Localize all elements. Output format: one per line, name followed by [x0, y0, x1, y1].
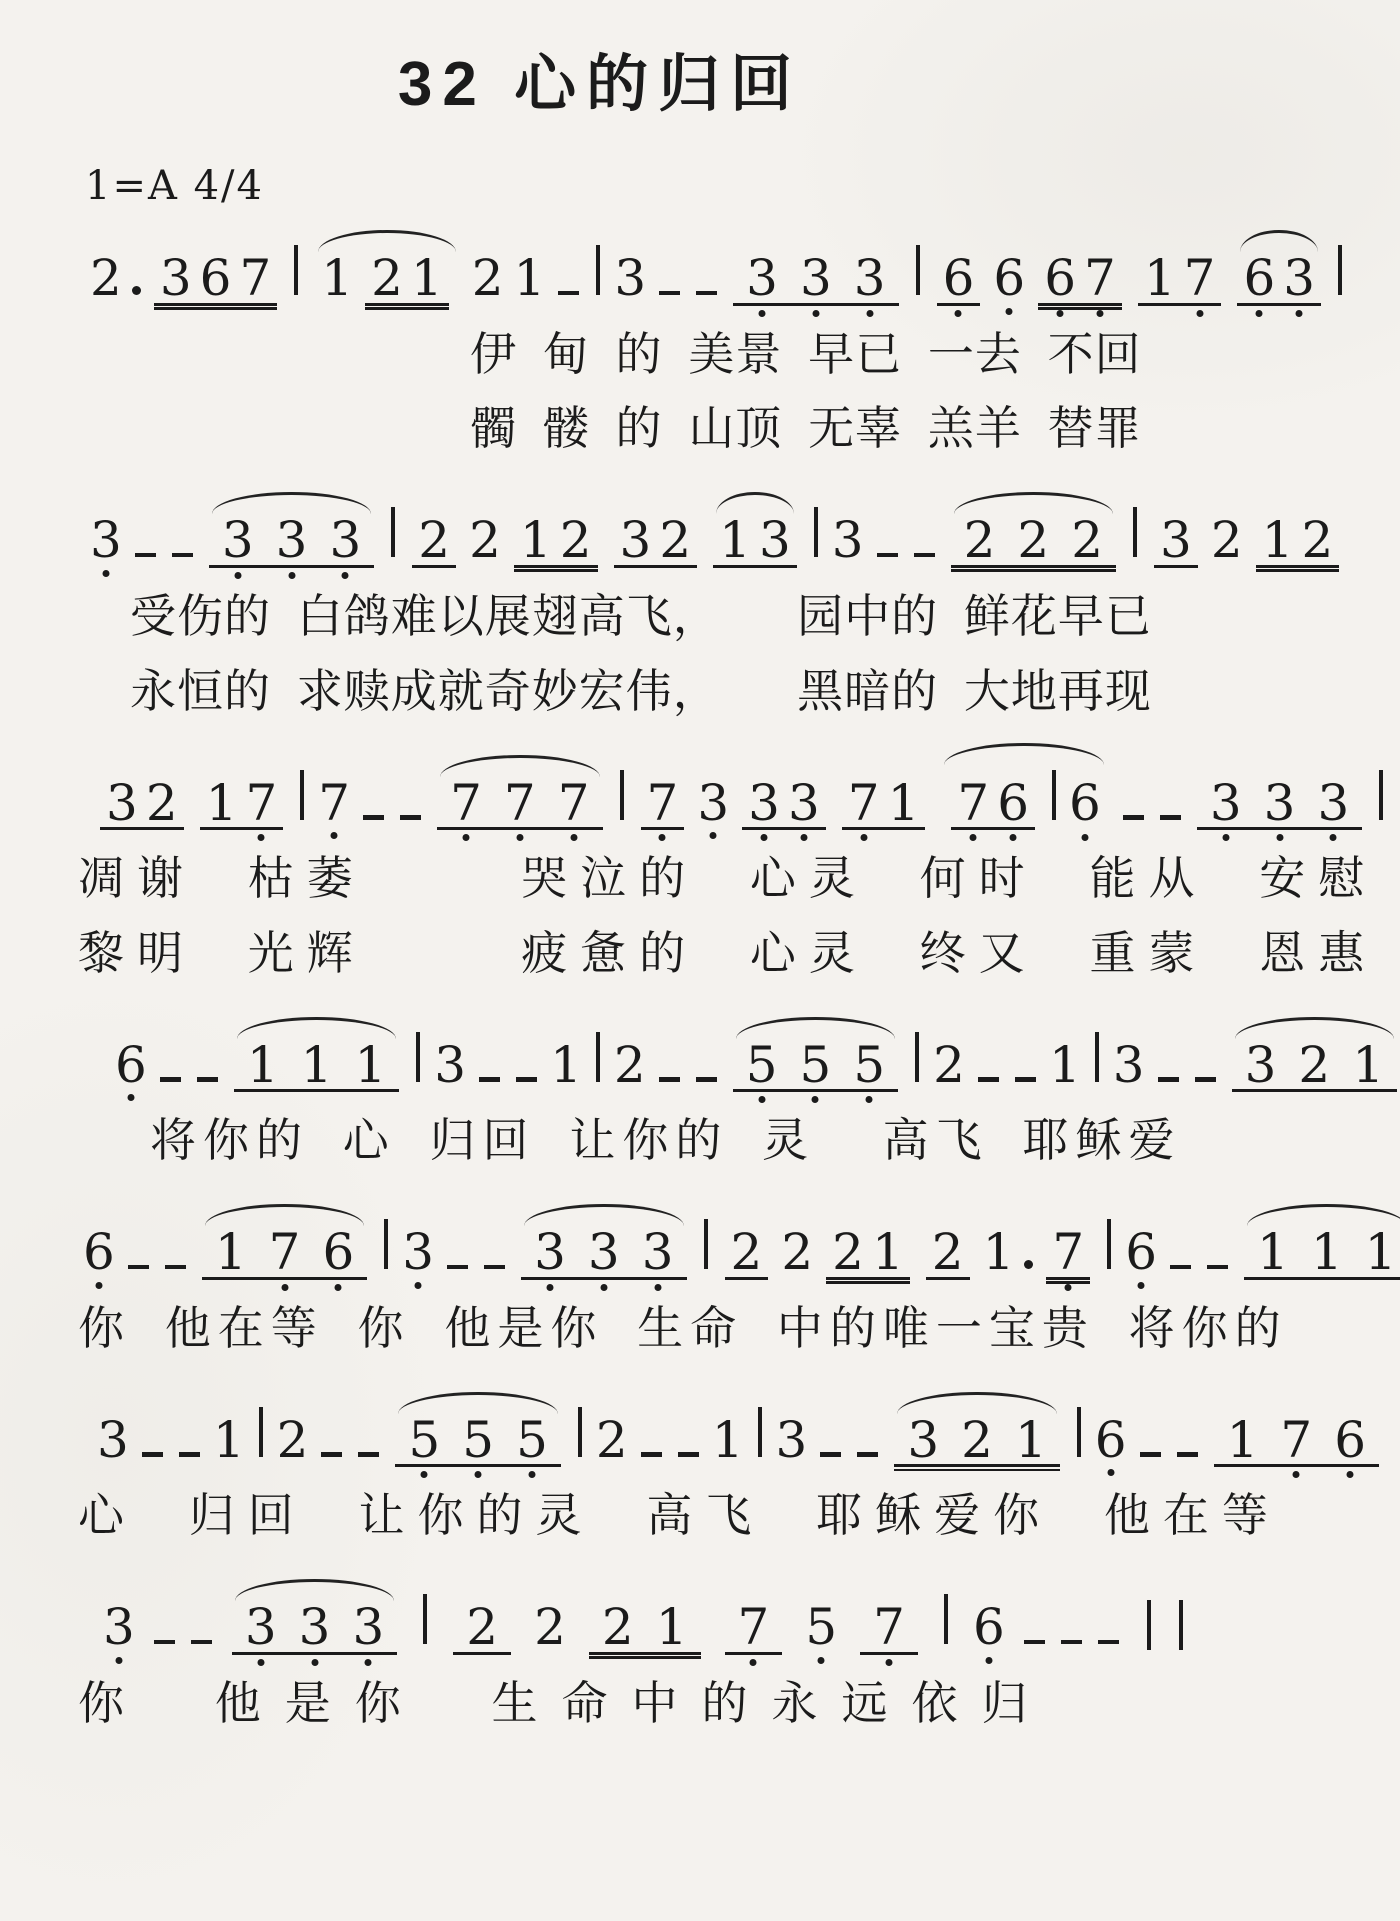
duration-dash	[363, 815, 384, 820]
duration-dash	[1140, 1452, 1161, 1457]
low-octave-dot	[1138, 1282, 1145, 1289]
note-group: 555	[395, 1419, 560, 1468]
note: 2	[90, 257, 122, 300]
note: 6	[973, 1606, 1005, 1649]
duration-dash	[1195, 1077, 1216, 1082]
duration-dash	[659, 1077, 680, 1082]
note: 2	[932, 1231, 964, 1274]
note: 2	[781, 1231, 813, 1274]
note: 1	[656, 1606, 688, 1649]
duration-dash	[400, 815, 421, 820]
duration-dash	[516, 1077, 537, 1082]
low-octave-dot	[866, 310, 873, 317]
notation-line-4: 6111312555213321	[0, 1002, 1400, 1115]
note: 2	[832, 1231, 864, 1274]
lyrics-line-3-1: 凋谢 枯萎 哭泣的 心灵 何时 能从 安慰	[0, 852, 1400, 905]
barline	[300, 770, 304, 820]
low-octave-dot	[546, 1284, 553, 1291]
note: 6	[200, 257, 232, 300]
duration-dash	[1158, 1077, 1179, 1082]
beam-line	[154, 307, 277, 310]
barline	[391, 507, 395, 557]
note: 3	[1264, 782, 1296, 825]
note: 3	[620, 519, 652, 562]
note-group: 13	[713, 519, 797, 568]
note-group: 71	[842, 782, 926, 831]
note: 3	[800, 257, 832, 300]
duration-dash	[447, 1265, 468, 1270]
note: 2	[731, 1231, 763, 1274]
note: 3	[588, 1231, 620, 1274]
note: 1	[514, 257, 546, 300]
note: 2	[1301, 519, 1333, 562]
barline	[416, 1032, 420, 1082]
note-group: 777	[437, 782, 602, 831]
note: 7	[1184, 257, 1216, 300]
note-group: 17	[200, 782, 284, 831]
song-title: 32 心的归回	[0, 34, 1400, 123]
sheet-music-page: 32 心的归回 1=A 4/4 236712121333366671763伊 甸…	[0, 0, 1400, 1729]
note: 3	[402, 1231, 434, 1274]
low-octave-dot	[1347, 1471, 1354, 1478]
low-octave-dot	[127, 1094, 134, 1101]
duration-dash	[172, 553, 193, 558]
note: 3	[1160, 519, 1192, 562]
low-octave-dot	[750, 1659, 757, 1666]
note: 7	[1084, 257, 1116, 300]
barline	[704, 1219, 708, 1269]
duration-dash	[358, 1452, 379, 1457]
note: 2	[277, 1419, 309, 1462]
note: 7	[873, 1606, 905, 1649]
note-group: 2	[926, 1231, 970, 1280]
note: 1	[983, 1231, 1015, 1274]
note-group: 2	[725, 1231, 769, 1280]
note: 5	[805, 1606, 837, 1649]
low-octave-dot	[1196, 310, 1203, 317]
barline	[578, 1407, 582, 1457]
note: 6	[1044, 257, 1076, 300]
note: 6	[997, 782, 1029, 825]
note: 3	[1317, 782, 1349, 825]
note-group: 2	[412, 519, 456, 568]
barline	[944, 1594, 948, 1644]
note: 1	[550, 1044, 582, 1087]
note-group: 17	[1138, 257, 1222, 306]
note: 2	[418, 519, 450, 562]
beam-line	[589, 1656, 701, 1659]
low-octave-dot	[570, 834, 577, 841]
duration-dash	[1170, 1265, 1191, 1270]
note: 2	[472, 257, 504, 300]
barline	[758, 1407, 762, 1457]
note-group: 63	[1237, 257, 1321, 306]
note: 5	[408, 1419, 440, 1462]
barline	[596, 245, 600, 295]
note: 3	[642, 1231, 674, 1274]
note: 3	[614, 257, 646, 300]
note: 7	[848, 782, 880, 825]
low-octave-dot	[1010, 834, 1017, 841]
low-octave-dot	[1065, 1284, 1072, 1291]
duration-dash	[479, 1077, 500, 1082]
note: 7	[504, 782, 536, 825]
duration-dash	[142, 1452, 163, 1457]
duration-dash	[696, 291, 717, 296]
low-octave-dot	[1107, 1469, 1114, 1476]
lyrics-line-1-1: 伊 甸 的 美景 早已 一去 不回	[0, 328, 1400, 381]
low-octave-dot	[1276, 834, 1283, 841]
note-group: 555	[733, 1044, 898, 1093]
note: 1	[354, 1044, 386, 1087]
note: 3	[746, 257, 778, 300]
note: 3	[90, 519, 122, 562]
lyrics-line-2-2: 永恒的 求赎成就奇妙宏伟， 黑暗的 大地再现	[0, 665, 1400, 718]
note: 7	[738, 1606, 770, 1649]
note: 2	[933, 1044, 965, 1087]
low-octave-dot	[281, 1284, 288, 1291]
note: 3	[103, 1606, 135, 1649]
low-octave-dot	[1330, 834, 1337, 841]
note: 3	[434, 1044, 466, 1087]
note: 3	[534, 1231, 566, 1274]
note: 3	[748, 782, 780, 825]
note: 1	[1015, 1419, 1047, 1462]
note: 5	[516, 1419, 548, 1462]
beam-line	[1256, 569, 1340, 572]
note: 1	[321, 257, 353, 300]
low-octave-dot	[102, 570, 109, 577]
note: 7	[1052, 1231, 1084, 1274]
lyrics-line-1-2: 髑 髅 的 山顶 无辜 羔羊 替罪	[0, 402, 1400, 455]
note-group: 7	[641, 782, 685, 831]
barline	[1107, 1219, 1111, 1269]
note: 7	[957, 782, 989, 825]
low-octave-dot	[1293, 1471, 1300, 1478]
duration-dash	[160, 1077, 181, 1082]
note-group: 176	[202, 1231, 367, 1280]
note: 6	[993, 257, 1025, 300]
note: 2	[534, 1606, 566, 1649]
note: 2	[659, 519, 691, 562]
note-group: 121	[315, 257, 458, 306]
note: 1	[1227, 1419, 1259, 1462]
duration-dash	[857, 1452, 878, 1457]
note: 2	[602, 1606, 634, 1649]
note: 3	[299, 1606, 331, 1649]
note: 3	[97, 1419, 129, 1462]
note: 2	[469, 519, 501, 562]
note-group: 766	[941, 770, 1106, 831]
note-group: 321	[894, 1419, 1059, 1468]
duration-dash	[641, 1452, 662, 1457]
low-octave-dot	[970, 834, 977, 841]
note: 1	[888, 782, 920, 825]
low-octave-dot	[1081, 834, 1088, 841]
note-group: 32	[100, 782, 184, 831]
notation-line-5: 6176333322212176111	[0, 1189, 1400, 1302]
barline	[294, 245, 298, 295]
note-group: 333	[733, 257, 898, 306]
duration-dash	[1177, 1452, 1198, 1457]
duration-dash	[877, 553, 898, 558]
note-group: 333	[232, 1606, 397, 1655]
low-octave-dot	[288, 572, 295, 579]
low-octave-dot	[659, 834, 666, 841]
note: 1	[247, 1044, 279, 1087]
note: 3	[329, 519, 361, 562]
note-group: 7	[1046, 1231, 1090, 1280]
note: 6	[1243, 257, 1275, 300]
low-octave-dot	[600, 1284, 607, 1291]
low-octave-dot	[335, 1284, 342, 1291]
beam-line	[365, 307, 449, 310]
note: 7	[245, 782, 277, 825]
low-octave-dot	[758, 1096, 765, 1103]
notation-line-2: 33332212321332223212	[0, 477, 1400, 590]
note-group: 21	[589, 1606, 701, 1655]
note: 5	[746, 1044, 778, 1087]
duration-dash	[128, 1265, 149, 1270]
low-octave-dot	[866, 1096, 873, 1103]
lyrics-line-5: 你 他在等 你 他是你 生命 中的唯一宝贵 将你的	[0, 1302, 1400, 1355]
note: 6	[1334, 1419, 1366, 1462]
note: 1	[213, 1419, 245, 1462]
note: 3	[106, 782, 138, 825]
note: 7	[239, 257, 271, 300]
notation-line-3: 32177777733371766333	[0, 740, 1400, 853]
barline	[916, 245, 920, 295]
low-octave-dot	[528, 1471, 535, 1478]
barline	[620, 770, 624, 820]
note: 2	[1071, 519, 1103, 562]
note: 7	[318, 782, 350, 825]
duration-dash	[1098, 1640, 1119, 1645]
duration-dash	[1207, 1265, 1228, 1270]
low-octave-dot	[516, 834, 523, 841]
low-octave-dot	[985, 1657, 992, 1664]
barline	[1147, 1600, 1151, 1650]
note: 1	[1365, 1231, 1397, 1274]
beam-line	[894, 1469, 1059, 1472]
low-octave-dot	[475, 1471, 482, 1478]
duration-dash	[191, 1640, 212, 1645]
note: 3	[788, 782, 820, 825]
low-octave-dot	[234, 572, 241, 579]
note-group: 33	[742, 782, 826, 831]
note-group: 32	[614, 519, 698, 568]
duration-dash	[135, 553, 156, 558]
barline	[384, 1219, 388, 1269]
duration-dash	[1061, 1640, 1082, 1645]
barline	[814, 507, 818, 557]
augmentation-dot	[132, 286, 141, 295]
note: 3	[352, 1606, 384, 1649]
lyrics-line-2-1: 受伤的 白鸽难以展翅高飞， 园中的 鲜花早已	[0, 590, 1400, 643]
barline	[1052, 770, 1056, 820]
note: 2	[466, 1606, 498, 1649]
notation-line-6: 3125552133216176	[0, 1377, 1400, 1490]
score-body: 236712121333366671763伊 甸 的 美景 早已 一去 不回髑 …	[0, 215, 1400, 1729]
note-group: 67	[1038, 257, 1122, 306]
barline	[1338, 245, 1342, 295]
note: 6	[115, 1044, 147, 1087]
duration-dash	[558, 291, 579, 296]
duration-dash	[154, 1640, 175, 1645]
note: 7	[269, 1231, 301, 1274]
note: 7	[1280, 1419, 1312, 1462]
note-group: 21	[826, 1231, 910, 1280]
low-octave-dot	[115, 1657, 122, 1664]
low-octave-dot	[1256, 310, 1263, 317]
beam-line	[514, 569, 598, 572]
low-octave-dot	[710, 832, 717, 839]
note: 2	[596, 1419, 628, 1462]
low-octave-dot	[800, 834, 807, 841]
note: 3	[1283, 257, 1315, 300]
final-barline	[1133, 1600, 1197, 1650]
note-group: 6	[937, 257, 981, 306]
barline	[423, 1594, 427, 1644]
note: 7	[647, 782, 679, 825]
note-group: 333	[521, 1231, 686, 1280]
beam-line	[1046, 1281, 1090, 1284]
note: 3	[697, 782, 729, 825]
low-octave-dot	[257, 1659, 264, 1666]
note: 3	[854, 257, 886, 300]
note: 1	[1144, 257, 1176, 300]
barline	[1077, 1407, 1081, 1457]
note: 6	[943, 257, 975, 300]
duration-dash	[197, 1077, 218, 1082]
note-group: 12	[514, 519, 598, 568]
note: 1	[206, 782, 238, 825]
augmentation-dot	[1024, 1260, 1033, 1269]
barline	[1133, 507, 1137, 557]
slur-arc	[944, 743, 1103, 765]
note: 7	[558, 782, 590, 825]
notation-line-1: 236712121333366671763	[0, 215, 1400, 328]
note-group: 7	[860, 1606, 918, 1655]
duration-dash	[165, 1265, 186, 1270]
lyrics-line-7: 你 他是你 生命中的永远依归	[0, 1677, 1400, 1730]
note-group: 76	[951, 782, 1035, 831]
note-group: 111	[234, 1044, 399, 1093]
note: 3	[1113, 1044, 1145, 1087]
note-group: 333	[1197, 782, 1362, 831]
duration-dash	[1024, 1640, 1045, 1645]
note-group: 7	[725, 1606, 783, 1655]
note: 3	[1210, 782, 1242, 825]
note: 2	[560, 519, 592, 562]
duration-dash	[678, 1452, 699, 1457]
low-octave-dot	[955, 310, 962, 317]
note: 3	[276, 519, 308, 562]
note: 1	[215, 1231, 247, 1274]
note-group: 176	[1214, 1419, 1379, 1468]
note-group: 21	[365, 257, 449, 306]
lyrics-line-3-2: 黎明 光辉 疲惫的 心灵 终又 重蒙 恩惠	[0, 927, 1400, 980]
low-octave-dot	[818, 1657, 825, 1664]
duration-dash	[696, 1077, 717, 1082]
note: 1	[1262, 519, 1294, 562]
note: 3	[759, 519, 791, 562]
note: 1	[719, 519, 751, 562]
low-octave-dot	[812, 1096, 819, 1103]
note: 3	[160, 257, 192, 300]
note: 3	[907, 1419, 939, 1462]
low-octave-dot	[812, 310, 819, 317]
note: 1	[1311, 1231, 1343, 1274]
duration-dash	[1015, 1077, 1036, 1082]
note: 3	[776, 1419, 808, 1462]
note: 2	[146, 782, 178, 825]
duration-dash	[179, 1452, 200, 1457]
low-octave-dot	[421, 1471, 428, 1478]
note: 6	[1095, 1419, 1127, 1462]
note: 5	[462, 1419, 494, 1462]
low-octave-dot	[95, 1282, 102, 1289]
note-group: 333	[209, 519, 374, 568]
low-octave-dot	[311, 1659, 318, 1666]
notation-line-7: 333322217576	[0, 1564, 1400, 1677]
note: 6	[1069, 782, 1101, 825]
low-octave-dot	[331, 832, 338, 839]
note-group: 111	[1244, 1231, 1400, 1280]
note: 6	[1125, 1231, 1157, 1274]
low-octave-dot	[761, 834, 768, 841]
duration-dash	[484, 1265, 505, 1270]
note: 1	[1257, 1231, 1289, 1274]
note: 1	[1049, 1044, 1081, 1087]
note: 1	[1352, 1044, 1384, 1087]
duration-dash	[659, 291, 680, 296]
beam-line	[1038, 307, 1122, 310]
low-octave-dot	[258, 834, 265, 841]
barline	[1095, 1032, 1099, 1082]
note: 6	[83, 1231, 115, 1274]
barline	[1379, 770, 1383, 820]
low-octave-dot	[1057, 310, 1064, 317]
note: 2	[371, 257, 403, 300]
duration-dash	[978, 1077, 999, 1082]
note: 5	[853, 1044, 885, 1087]
note: 2	[1017, 519, 1049, 562]
note-group: 12	[1256, 519, 1340, 568]
barline	[259, 1407, 263, 1457]
note-group: 367	[154, 257, 277, 306]
low-octave-dot	[1222, 834, 1229, 841]
duration-dash	[820, 1452, 841, 1457]
note-group: 2	[453, 1606, 511, 1655]
note: 2	[961, 1419, 993, 1462]
low-octave-dot	[759, 310, 766, 317]
low-octave-dot	[462, 834, 469, 841]
low-octave-dot	[886, 1659, 893, 1666]
low-octave-dot	[1296, 310, 1303, 317]
note: 1	[520, 519, 552, 562]
low-octave-dot	[342, 572, 349, 579]
key-signature: 1=A 4/4	[0, 163, 1400, 209]
note: 2	[1211, 519, 1243, 562]
barline	[915, 1032, 919, 1082]
low-octave-dot	[860, 834, 867, 841]
note-group: 3	[1154, 519, 1198, 568]
duration-dash	[1123, 815, 1144, 820]
note: 1	[712, 1419, 744, 1462]
note: 1	[301, 1044, 333, 1087]
note: 3	[1245, 1044, 1277, 1087]
